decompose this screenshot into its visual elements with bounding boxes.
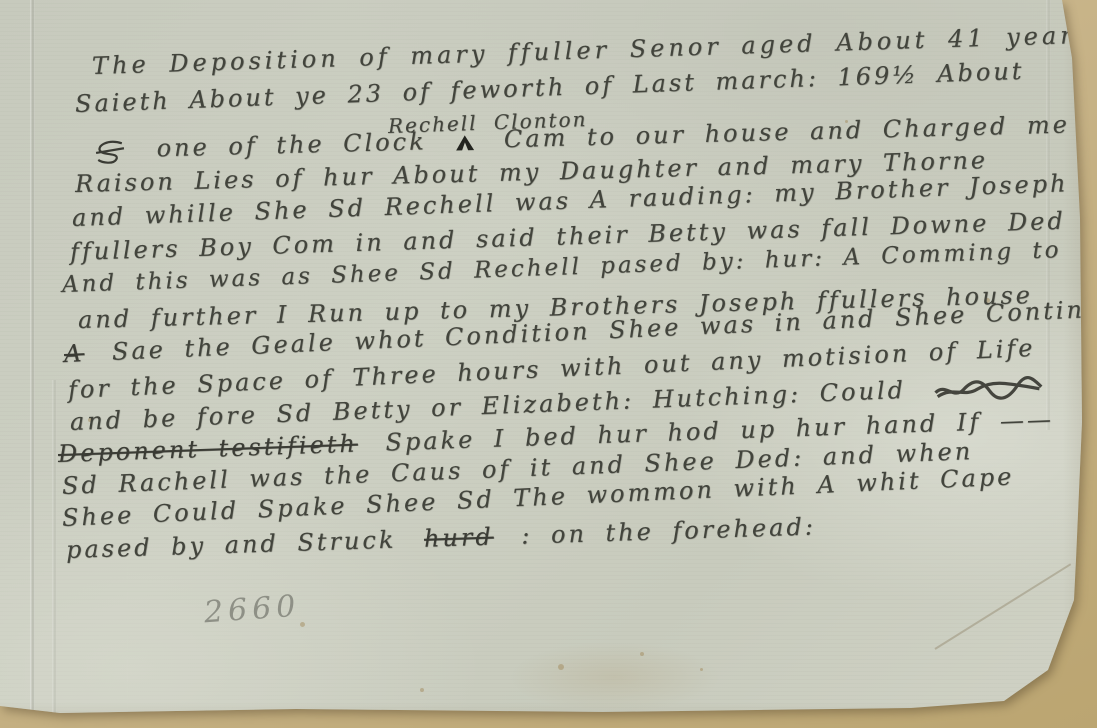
manuscript-page-wrapper: The Deposition of mary ffuller Senor age… — [0, 0, 1097, 728]
struck-text: hurd — [424, 523, 495, 553]
struck-text: A — [63, 339, 85, 368]
foxing-spot — [640, 652, 644, 656]
fold-crease — [52, 380, 57, 720]
paper-scratch — [934, 563, 1071, 649]
scanned-manuscript-photo: { "document": { "kind": "handwritten man… — [0, 0, 1097, 728]
foxing-spot — [558, 664, 564, 670]
archival-number-text: 2660 — [203, 589, 302, 631]
ink-scribble-icon — [933, 371, 1044, 403]
manuscript-page: The Deposition of mary ffuller Senor age… — [0, 0, 1097, 728]
line-text: Cam to our house and Charged me with — [504, 108, 1097, 153]
insertion-caret-icon — [454, 126, 477, 155]
strikeout-flourish-icon — [95, 135, 126, 164]
pencil-archival-number: 2660 — [203, 589, 302, 631]
line-text: pased by and Struck — [66, 526, 397, 564]
foxing-spot — [420, 688, 424, 692]
line-text: : on the forehead: — [521, 512, 816, 549]
foxing-spot — [700, 668, 703, 671]
line-text: one of the Clock — [156, 127, 427, 162]
fold-crease — [30, 0, 35, 728]
